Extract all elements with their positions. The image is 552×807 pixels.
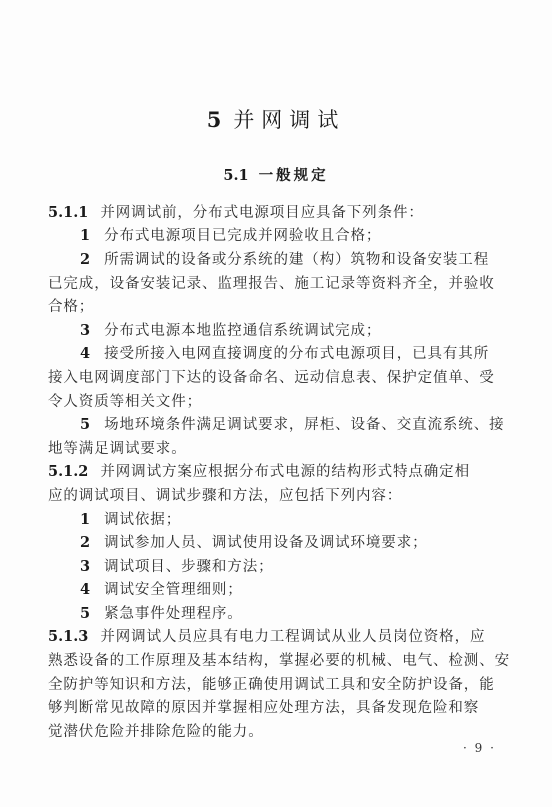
- clause-text: 并网调试方案应根据分布式电源的结构形式特点确定相: [100, 464, 470, 480]
- item-text: 分布式电源本地监控通信系统调试完成；: [104, 323, 381, 339]
- item-number: 4: [80, 345, 90, 362]
- item-text: 调试依据；: [104, 512, 181, 528]
- list-item: 5紧急事件处理程序。: [80, 604, 500, 624]
- clause-continuation: 应的调试项目、调试步骤和方法，应包括下列内容：: [48, 486, 498, 506]
- item-number: 1: [80, 227, 90, 244]
- chapter-number: 5: [207, 107, 222, 132]
- clause-continuation: 全防护等知识和方法，能够正确使用调试工具和安全防护设备，能: [48, 675, 498, 695]
- item-text: 所需调试的设备或分系统的建（构）筑物和设备安装工程: [104, 252, 489, 268]
- list-item: 3分布式电源本地监控通信系统调试完成；: [80, 321, 500, 341]
- item-continuation: 合格；: [48, 297, 498, 317]
- item-number: 2: [80, 251, 90, 268]
- clause-text: 并网调试前，分布式电源项目应具备下列条件：: [100, 205, 423, 221]
- clause-5-1-2-line: 5.1.2并网调试方案应根据分布式电源的结构形式特点确定相: [48, 462, 498, 482]
- item-number: 3: [80, 322, 90, 339]
- list-item: 3调试项目、步骤和方法；: [80, 557, 500, 577]
- item-continuation: 已完成，设备安装记录、监理报告、施工记录等资料齐全，并验收: [48, 274, 498, 294]
- list-item: 1调试依据；: [80, 510, 500, 530]
- list-item: 2所需调试的设备或分系统的建（构）筑物和设备安装工程: [80, 250, 500, 270]
- item-text: 调试项目、步骤和方法；: [104, 559, 273, 575]
- clause-continuation: 觉潜伏危险并排除危险的能力。: [48, 722, 498, 742]
- item-text: 调试参加人员、调试使用设备及调试环境要求；: [104, 535, 427, 551]
- page-number: · 9 ·: [463, 741, 496, 755]
- item-number: 1: [80, 511, 90, 528]
- item-text: 接受所接入电网直接调度的分布式电源项目，已具有其所: [104, 346, 489, 362]
- clause-5-1-3-line: 5.1.3并网调试人员应具有电力工程调试从业人员岗位资格，应: [48, 627, 498, 647]
- list-item: 5场地环境条件满足调试要求，屏柜、设备、交直流系统、接: [80, 415, 500, 435]
- item-text: 场地环境条件满足调试要求，屏柜、设备、交直流系统、接: [104, 417, 504, 433]
- clause-continuation: 熟悉设备的工作原理及基本结构，掌握必要的机械、电气、检测、安: [48, 651, 498, 671]
- item-text: 调试安全管理细则；: [104, 582, 243, 598]
- clause-text: 并网调试人员应具有电力工程调试从业人员岗位资格，应: [100, 629, 485, 645]
- section-title: 5.1一般规定: [0, 164, 552, 185]
- clause-continuation: 够判断常见故障的原因并掌握相应处理方法，具备发现危险和察: [48, 698, 498, 718]
- document-page: 5并网调试 5.1一般规定 5.1.1并网调试前，分布式电源项目应具备下列条件：…: [0, 0, 552, 807]
- item-continuation: 地等满足调试要求。: [48, 439, 498, 459]
- list-item: 4接受所接入电网直接调度的分布式电源项目，已具有其所: [80, 344, 500, 364]
- section-number: 5.1: [223, 167, 248, 184]
- item-continuation: 接入电网调度部门下达的设备命名、远动信息表、保护定值单、受: [48, 368, 498, 388]
- item-text: 分布式电源项目已完成并网验收且合格；: [104, 228, 381, 244]
- clause-5-1-1-line: 5.1.1并网调试前，分布式电源项目应具备下列条件：: [48, 203, 498, 223]
- item-number: 5: [80, 416, 90, 433]
- item-number: 3: [80, 558, 90, 575]
- list-item: 2调试参加人员、调试使用设备及调试环境要求；: [80, 533, 500, 553]
- clause-number: 5.1.2: [48, 463, 88, 480]
- item-continuation: 令人资质等相关文件；: [48, 392, 498, 412]
- chapter-title: 5并网调试: [0, 104, 552, 134]
- chapter-title-text: 并网调试: [233, 108, 345, 132]
- clause-number: 5.1.3: [48, 628, 88, 645]
- clause-number: 5.1.1: [48, 204, 88, 221]
- item-number: 2: [80, 534, 90, 551]
- item-number: 4: [80, 581, 90, 598]
- item-text: 紧急事件处理程序。: [104, 606, 243, 622]
- section-title-text: 一般规定: [259, 167, 329, 184]
- list-item: 4调试安全管理细则；: [80, 580, 500, 600]
- list-item: 1分布式电源项目已完成并网验收且合格；: [80, 226, 500, 246]
- item-number: 5: [80, 605, 90, 622]
